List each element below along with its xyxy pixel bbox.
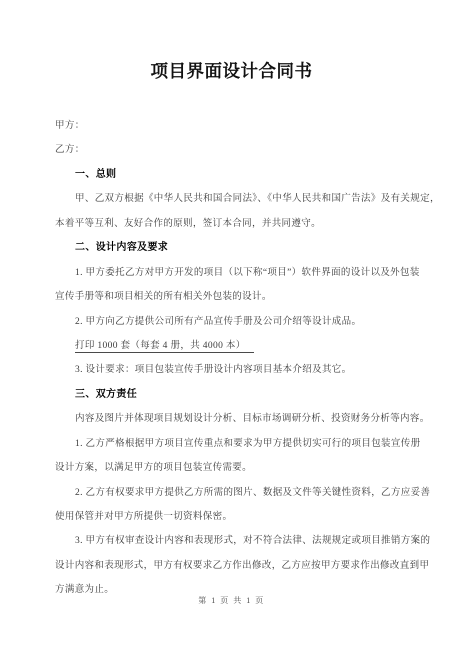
doc-line: 本着平等互利、友好合作的原则，签订本合同，并共同遵守。 <box>55 212 423 236</box>
document-body: 甲方：乙方：一、总则甲、乙双方根据《中华人民共和国合同法》、《中华人民共和国广告… <box>55 114 423 603</box>
doc-line: 1. 乙方严格根据甲方项目宣传重点和要求为甲方提供切实可行的项目包装宣传册 <box>55 432 423 456</box>
doc-line: 打印 1000 套（每套 4 册，共 4000 本） <box>55 334 423 358</box>
doc-line: 设计内容和表现形式，甲方有权要求乙方作出修改，乙方应按甲方要求作出修改直到甲 <box>55 554 423 578</box>
doc-line: 宣传手册等和项目相关的所有相关外包装的设计。 <box>55 285 423 309</box>
section-heading: 三、双方责任 <box>55 383 423 407</box>
document-page: 项目界面设计合同书 甲方：乙方：一、总则甲、乙双方根据《中华人民共和国合同法》、… <box>0 0 463 655</box>
section-heading: 一、总则 <box>55 163 423 187</box>
doc-line: 甲、乙双方根据《中华人民共和国合同法》、《中华人民共和国广告法》及有关规定， <box>55 187 423 211</box>
document-title: 项目界面设计合同书 <box>0 58 463 83</box>
doc-line: 设计方案，以满足甲方的项目包装宣传需要。 <box>55 456 423 480</box>
page-number: 第 1 页 共 1 页 <box>0 595 463 606</box>
underlined-text: 打印 1000 套（每套 4 册，共 4000 本） <box>75 341 254 353</box>
doc-line: 3. 设计要求：项目包装宣传手册设计内容项目基本介绍及其它。 <box>55 358 423 382</box>
doc-line: 使用保管并对甲方所提供一切资料保密。 <box>55 505 423 529</box>
doc-line: 2. 乙方有权要求甲方提供乙方所需的图片、数据及文件等关键性资料，乙方应妥善 <box>55 481 423 505</box>
doc-line: 乙方： <box>55 138 423 162</box>
section-heading: 二、设计内容及要求 <box>55 236 423 260</box>
doc-line: 2. 甲方向乙方提供公司所有产品宣传手册及公司介绍等设计成品。 <box>55 310 423 334</box>
doc-line: 内容及图片并体现项目规划设计分析、目标市场调研分析、投资财务分析等内容。 <box>55 407 423 431</box>
doc-line: 1. 甲方委托乙方对甲方开发的项目（以下称“项目”）软件界面的设计以及外包装 <box>55 261 423 285</box>
doc-line: 甲方： <box>55 114 423 138</box>
doc-line: 3. 甲方有权审查设计内容和表现形式，对不符合法律、法规规定或项目推销方案的 <box>55 529 423 553</box>
